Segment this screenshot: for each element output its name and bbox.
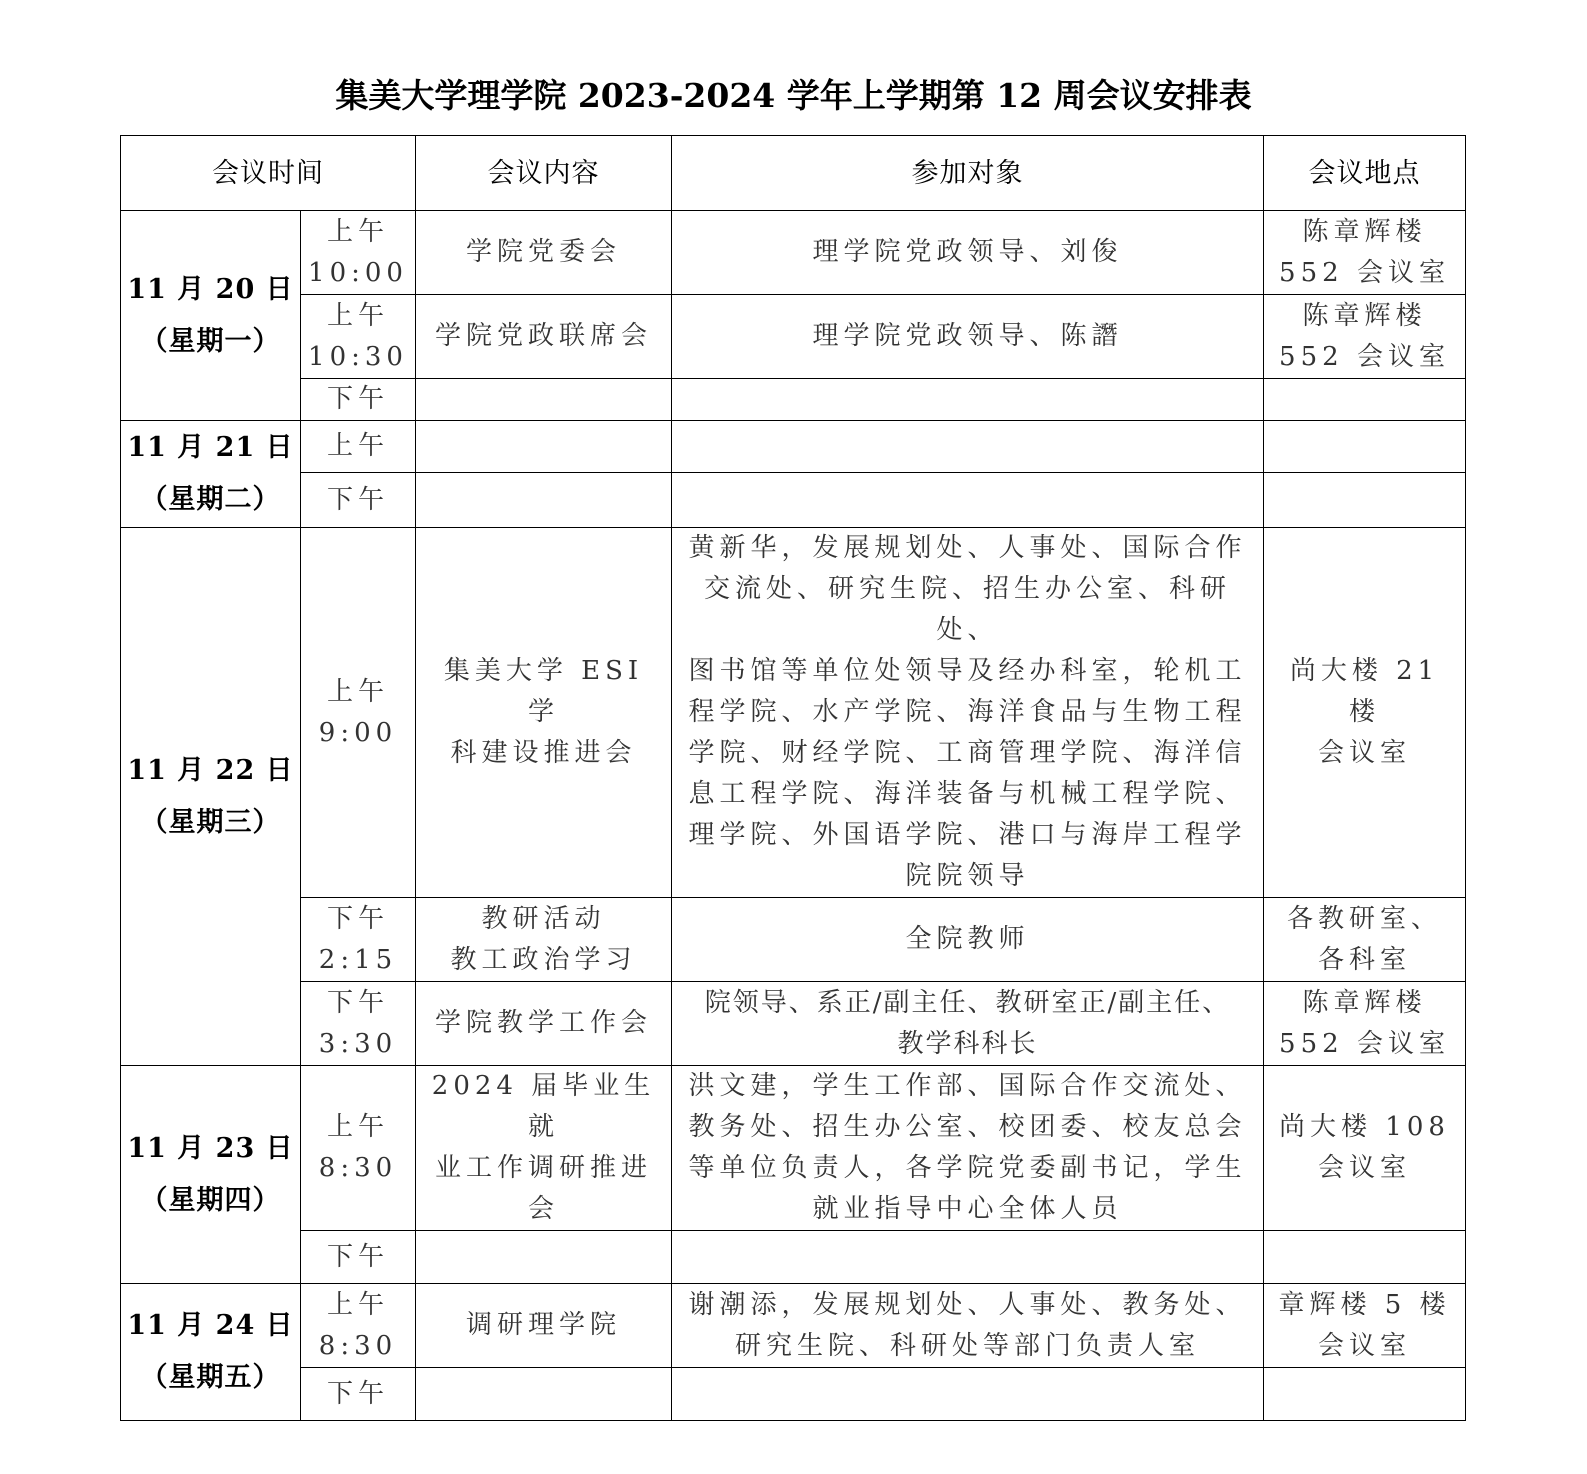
time-cell: 上午 10:30 (301, 295, 416, 379)
table-row: 上午 10:30 学院党政联席会 理学院党政领导、陈譖 陈章辉楼 552 会议室 (121, 295, 1466, 379)
weekday-label: （星期四） (127, 1175, 294, 1227)
table-row: 下午 (121, 1231, 1466, 1284)
content-cell (416, 473, 672, 528)
date-cell: 11 月 20 日 （星期一） (121, 211, 301, 421)
attendees-line: 程学院、水产学院、海洋食品与生物工程 (678, 692, 1257, 733)
page-title: 集美大学理学院 2023-2024 学年上学期第 12 周会议安排表 (0, 72, 1587, 120)
attendees-cell: 院领导、系正/副主任、教研室正/副主任、 教学科科长 (672, 982, 1264, 1066)
time-label: 2:15 (307, 940, 409, 981)
attendees-line: 黄新华，发展规划处、人事处、国际合作 (678, 528, 1257, 569)
header-location: 会议地点 (1264, 136, 1466, 211)
header-meeting-time: 会议时间 (121, 136, 416, 211)
table-row: 下午 2:15 教研活动 教工政治学习 全院教师 各教研室、 各科室 (121, 898, 1466, 982)
content-cell: 学院党政联席会 (416, 295, 672, 379)
location-cell: 尚大楼 21 楼 会议室 (1264, 528, 1466, 898)
content-cell: 调研理学院 (416, 1284, 672, 1368)
date-cell: 11 月 24 日 （星期五） (121, 1284, 301, 1421)
attendees-line: 图书馆等单位处领导及经办科室，轮机工 (678, 651, 1257, 692)
location-line: 章辉楼 5 楼 (1270, 1285, 1459, 1326)
attendees-line: 理学院党政领导、刘俊 (678, 232, 1257, 273)
period-label: 下午 (307, 379, 409, 420)
time-label: 10:00 (307, 253, 409, 294)
location-line: 各科室 (1270, 940, 1459, 981)
content-line: 学院教学工作会 (422, 1003, 665, 1044)
content-line: 业工作调研推进 (422, 1148, 665, 1189)
attendees-line: 就业指导中心全体人员 (678, 1189, 1257, 1230)
location-cell: 各教研室、 各科室 (1264, 898, 1466, 982)
time-label: 3:30 (307, 1024, 409, 1065)
location-cell (1264, 379, 1466, 421)
time-cell: 下午 2:15 (301, 898, 416, 982)
time-cell: 上午 9:00 (301, 528, 416, 898)
period-label: 上午 (307, 212, 409, 253)
period-label: 下午 (307, 1237, 409, 1278)
location-cell (1264, 1368, 1466, 1421)
table-row: 11 月 23 日 （星期四） 上午 8:30 2024 届毕业生就 业工作调研… (121, 1066, 1466, 1231)
weekday-label: （星期一） (127, 316, 294, 368)
weekday-label: （星期三） (127, 797, 294, 849)
time-cell: 上午 (301, 421, 416, 473)
attendees-cell (672, 473, 1264, 528)
attendees-cell (672, 1368, 1264, 1421)
time-cell: 上午 8:30 (301, 1284, 416, 1368)
content-line: 会 (422, 1189, 665, 1230)
content-cell (416, 1368, 672, 1421)
table-row: 11 月 22 日 （星期三） 上午 9:00 集美大学 ESI 学 科建设推进… (121, 528, 1466, 898)
location-line: 552 会议室 (1270, 253, 1459, 294)
attendees-line: 教学科科长 (678, 1024, 1257, 1065)
attendees-line: 交流处、研究生院、招生办公室、科研处、 (678, 569, 1257, 651)
time-cell: 下午 (301, 1368, 416, 1421)
table-row: 下午 3:30 学院教学工作会 院领导、系正/副主任、教研室正/副主任、 教学科… (121, 982, 1466, 1066)
content-cell: 教研活动 教工政治学习 (416, 898, 672, 982)
attendees-line: 全院教师 (678, 919, 1257, 960)
period-label: 下午 (307, 480, 409, 521)
attendees-line: 等单位负责人，各学院党委副书记，学生 (678, 1148, 1257, 1189)
attendees-line: 院领导、系正/副主任、教研室正/副主任、 (678, 983, 1257, 1024)
weekday-label: （星期二） (127, 474, 294, 526)
time-cell: 下午 (301, 473, 416, 528)
content-line: 调研理学院 (422, 1305, 665, 1346)
time-cell: 上午 10:00 (301, 211, 416, 295)
time-cell: 下午 3:30 (301, 982, 416, 1066)
attendees-line: 洪文建，学生工作部、国际合作交流处、 (678, 1066, 1257, 1107)
date-label: 11 月 23 日 (127, 1123, 294, 1175)
table-row: 下午 (121, 379, 1466, 421)
attendees-cell: 谢潮添，发展规划处、人事处、教务处、 研究生院、科研处等部门负责人室 (672, 1284, 1264, 1368)
location-line: 会议室 (1270, 1326, 1459, 1367)
content-line: 集美大学 ESI 学 (422, 651, 665, 733)
table-row: 11 月 21 日 （星期二） 上午 (121, 421, 1466, 473)
content-line: 教工政治学习 (422, 940, 665, 981)
location-line: 尚大楼 21 楼 (1270, 651, 1459, 733)
time-label: 10:30 (307, 337, 409, 378)
attendees-line: 教务处、招生办公室、校团委、校友总会 (678, 1107, 1257, 1148)
attendees-cell: 洪文建，学生工作部、国际合作交流处、 教务处、招生办公室、校团委、校友总会 等单… (672, 1066, 1264, 1231)
content-line: 学院党政联席会 (422, 316, 665, 357)
content-cell (416, 1231, 672, 1284)
date-cell: 11 月 21 日 （星期二） (121, 421, 301, 528)
table-row: 11 月 24 日 （星期五） 上午 8:30 调研理学院 谢潮添，发展规划处、… (121, 1284, 1466, 1368)
attendees-line: 理学院党政领导、陈譖 (678, 316, 1257, 357)
content-line: 2024 届毕业生就 (422, 1066, 665, 1148)
period-label: 上午 (307, 296, 409, 337)
header-attendees: 参加对象 (672, 136, 1264, 211)
table-row: 下午 (121, 1368, 1466, 1421)
period-label: 下午 (307, 899, 409, 940)
location-line: 552 会议室 (1270, 337, 1459, 378)
attendees-line: 谢潮添，发展规划处、人事处、教务处、 (678, 1285, 1257, 1326)
content-cell: 集美大学 ESI 学 科建设推进会 (416, 528, 672, 898)
location-cell: 尚大楼 108 会议室 (1264, 1066, 1466, 1231)
location-line: 会议室 (1270, 1148, 1459, 1189)
location-cell: 章辉楼 5 楼 会议室 (1264, 1284, 1466, 1368)
time-label: 8:30 (307, 1326, 409, 1367)
content-cell (416, 421, 672, 473)
attendees-cell (672, 379, 1264, 421)
table-row: 11 月 20 日 （星期一） 上午 10:00 学院党委会 理学院党政领导、刘… (121, 211, 1466, 295)
location-line: 陈章辉楼 (1270, 212, 1459, 253)
time-label: 8:30 (307, 1148, 409, 1189)
attendees-cell: 理学院党政领导、刘俊 (672, 211, 1264, 295)
weekday-label: （星期五） (127, 1352, 294, 1404)
location-line: 尚大楼 108 (1270, 1107, 1459, 1148)
attendees-line: 息工程学院、海洋装备与机械工程学院、 (678, 774, 1257, 815)
location-line: 陈章辉楼 (1270, 983, 1459, 1024)
date-label: 11 月 21 日 (127, 422, 294, 474)
content-line: 教研活动 (422, 899, 665, 940)
location-line: 会议室 (1270, 733, 1459, 774)
attendees-line: 学院、财经学院、工商管理学院、海洋信 (678, 733, 1257, 774)
date-label: 11 月 20 日 (127, 264, 294, 316)
attendees-line: 理学院、外国语学院、港口与海岸工程学 (678, 815, 1257, 856)
attendees-cell: 全院教师 (672, 898, 1264, 982)
content-cell: 学院教学工作会 (416, 982, 672, 1066)
content-cell: 学院党委会 (416, 211, 672, 295)
location-cell: 陈章辉楼 552 会议室 (1264, 295, 1466, 379)
date-cell: 11 月 23 日 （星期四） (121, 1066, 301, 1284)
location-cell: 陈章辉楼 552 会议室 (1264, 211, 1466, 295)
attendees-cell (672, 421, 1264, 473)
content-line: 学院党委会 (422, 232, 665, 273)
date-cell: 11 月 22 日 （星期三） (121, 528, 301, 1066)
period-label: 下午 (307, 1374, 409, 1415)
location-cell (1264, 473, 1466, 528)
time-cell: 下午 (301, 379, 416, 421)
attendees-cell: 黄新华，发展规划处、人事处、国际合作 交流处、研究生院、招生办公室、科研处、 图… (672, 528, 1264, 898)
location-cell (1264, 1231, 1466, 1284)
period-label: 上午 (307, 1285, 409, 1326)
date-label: 11 月 22 日 (127, 745, 294, 797)
period-label: 下午 (307, 983, 409, 1024)
content-cell: 2024 届毕业生就 业工作调研推进 会 (416, 1066, 672, 1231)
content-line: 科建设推进会 (422, 733, 665, 774)
date-label: 11 月 24 日 (127, 1300, 294, 1352)
attendees-line: 研究生院、科研处等部门负责人室 (678, 1326, 1257, 1367)
attendees-cell: 理学院党政领导、陈譖 (672, 295, 1264, 379)
location-line: 陈章辉楼 (1270, 296, 1459, 337)
location-cell (1264, 421, 1466, 473)
period-label: 上午 (307, 1107, 409, 1148)
header-meeting-content: 会议内容 (416, 136, 672, 211)
location-cell: 陈章辉楼 552 会议室 (1264, 982, 1466, 1066)
content-cell (416, 379, 672, 421)
header-row: 会议时间 会议内容 参加对象 会议地点 (121, 136, 1466, 211)
attendees-line: 院院领导 (678, 856, 1257, 897)
time-cell: 上午 8:30 (301, 1066, 416, 1231)
meeting-schedule-table: 会议时间 会议内容 参加对象 会议地点 11 月 20 日 （星期一） 上午 1… (120, 135, 1466, 1421)
time-label: 9:00 (307, 713, 409, 754)
location-line: 各教研室、 (1270, 899, 1459, 940)
table-row: 下午 (121, 473, 1466, 528)
time-cell: 下午 (301, 1231, 416, 1284)
location-line: 552 会议室 (1270, 1024, 1459, 1065)
attendees-cell (672, 1231, 1264, 1284)
period-label: 上午 (307, 426, 409, 467)
period-label: 上午 (307, 672, 409, 713)
